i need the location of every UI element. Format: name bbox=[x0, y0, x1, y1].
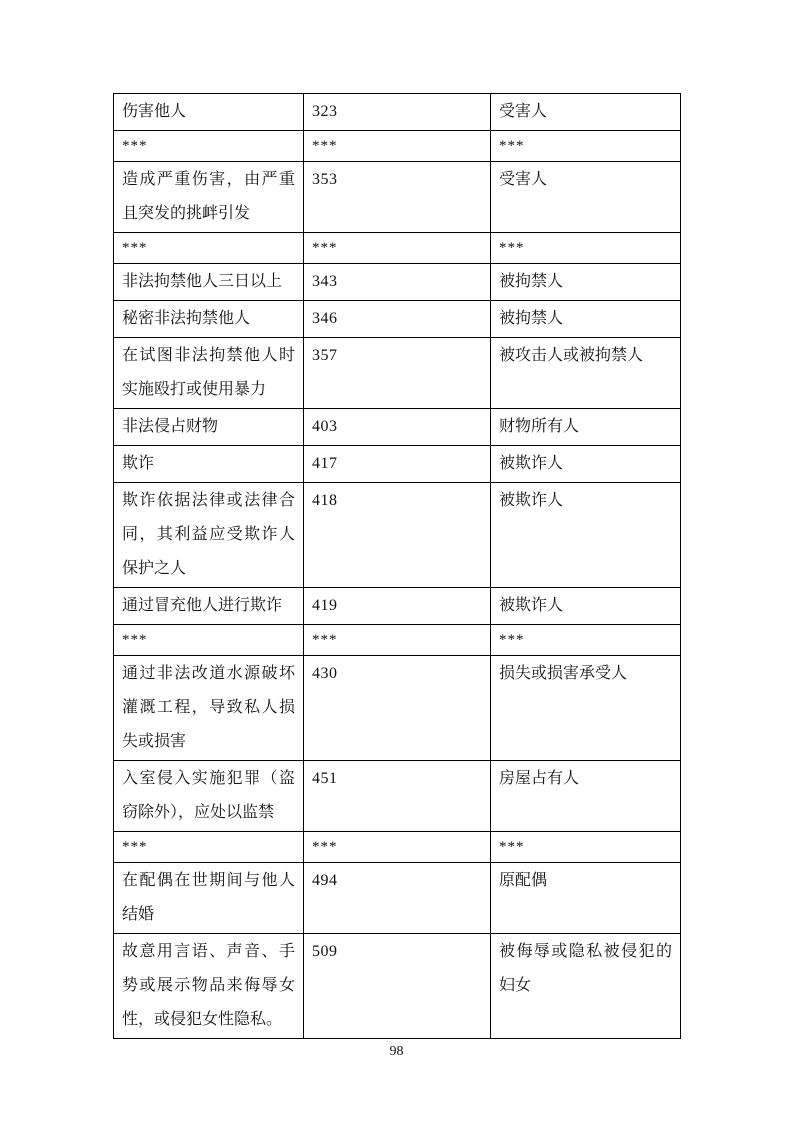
section-number-cell: *** bbox=[304, 131, 491, 162]
offense-description-cell: 造成严重伤害，由严重且突发的挑衅引发 bbox=[114, 162, 304, 233]
table-row: *** *** *** bbox=[114, 832, 681, 863]
section-number-cell: *** bbox=[304, 832, 491, 863]
victim-cell: 被欺诈人 bbox=[491, 588, 681, 625]
table-row: 故意用言语、声音、手势或展示物品来侮辱女性，或侵犯女性隐私。 509 被侮辱或隐… bbox=[114, 934, 681, 1039]
victim-cell: 被欺诈人 bbox=[491, 483, 681, 588]
offense-description-cell: 故意用言语、声音、手势或展示物品来侮辱女性，或侵犯女性隐私。 bbox=[114, 934, 304, 1039]
section-number-cell: 494 bbox=[304, 863, 491, 934]
victim-cell: 财物所有人 bbox=[491, 409, 681, 446]
table-row: 秘密非法拘禁他人 346 被拘禁人 bbox=[114, 301, 681, 338]
victim-cell: 被攻击人或被拘禁人 bbox=[491, 338, 681, 409]
offense-description-cell: 在试图非法拘禁他人时实施殴打或使用暴力 bbox=[114, 338, 304, 409]
victim-cell: 受害人 bbox=[491, 94, 681, 131]
victim-cell: 原配偶 bbox=[491, 863, 681, 934]
table-row: 伤害他人 323 受害人 bbox=[114, 94, 681, 131]
section-number-cell: *** bbox=[304, 625, 491, 656]
table-row: 非法侵占财物 403 财物所有人 bbox=[114, 409, 681, 446]
offense-description-cell: 非法侵占财物 bbox=[114, 409, 304, 446]
offense-description-cell: 通过非法改道水源破坏灌溉工程，导致私人损失或损害 bbox=[114, 656, 304, 761]
table-row: 通过冒充他人进行欺诈 419 被欺诈人 bbox=[114, 588, 681, 625]
table-row: 在配偶在世期间与他人结婚 494 原配偶 bbox=[114, 863, 681, 934]
victim-cell: *** bbox=[491, 233, 681, 264]
table-row: 在试图非法拘禁他人时实施殴打或使用暴力 357 被攻击人或被拘禁人 bbox=[114, 338, 681, 409]
section-number-cell: 417 bbox=[304, 446, 491, 483]
offense-description-cell: 入室侵入实施犯罪（盗窃除外），应处以监禁 bbox=[114, 761, 304, 832]
offense-description-cell: 在配偶在世期间与他人结婚 bbox=[114, 863, 304, 934]
offense-description-cell: *** bbox=[114, 832, 304, 863]
table-row: 通过非法改道水源破坏灌溉工程，导致私人损失或损害 430 损失或损害承受人 bbox=[114, 656, 681, 761]
section-number-cell: 509 bbox=[304, 934, 491, 1039]
victim-cell: 房屋占有人 bbox=[491, 761, 681, 832]
section-number-cell: 430 bbox=[304, 656, 491, 761]
table-row: 非法拘禁他人三日以上 343 被拘禁人 bbox=[114, 264, 681, 301]
victim-cell: 损失或损害承受人 bbox=[491, 656, 681, 761]
table-row: 欺诈 417 被欺诈人 bbox=[114, 446, 681, 483]
offense-table-body: 伤害他人 323 受害人 *** *** *** 造成严重伤害，由严重且突发的挑… bbox=[114, 94, 681, 1039]
section-number-cell: 323 bbox=[304, 94, 491, 131]
table-row: *** *** *** bbox=[114, 625, 681, 656]
victim-cell: 受害人 bbox=[491, 162, 681, 233]
section-number-cell: 353 bbox=[304, 162, 491, 233]
victim-cell: *** bbox=[491, 131, 681, 162]
table-row: *** *** *** bbox=[114, 131, 681, 162]
victim-cell: 被欺诈人 bbox=[491, 446, 681, 483]
victim-cell: 被侮辱或隐私被侵犯的妇女 bbox=[491, 934, 681, 1039]
offense-description-cell: 通过冒充他人进行欺诈 bbox=[114, 588, 304, 625]
victim-cell: 被拘禁人 bbox=[491, 264, 681, 301]
table-row: 造成严重伤害，由严重且突发的挑衅引发 353 受害人 bbox=[114, 162, 681, 233]
section-number-cell: 451 bbox=[304, 761, 491, 832]
offense-description-cell: 欺诈 bbox=[114, 446, 304, 483]
offense-description-cell: 伤害他人 bbox=[114, 94, 304, 131]
offense-description-cell: *** bbox=[114, 625, 304, 656]
victim-cell: *** bbox=[491, 625, 681, 656]
section-number-cell: 357 bbox=[304, 338, 491, 409]
page-number: 98 bbox=[0, 1044, 793, 1060]
offense-table: 伤害他人 323 受害人 *** *** *** 造成严重伤害，由严重且突发的挑… bbox=[113, 93, 681, 1039]
section-number-cell: 343 bbox=[304, 264, 491, 301]
table-row: 入室侵入实施犯罪（盗窃除外），应处以监禁 451 房屋占有人 bbox=[114, 761, 681, 832]
section-number-cell: *** bbox=[304, 233, 491, 264]
document-page: 伤害他人 323 受害人 *** *** *** 造成严重伤害，由严重且突发的挑… bbox=[0, 0, 793, 1122]
section-number-cell: 419 bbox=[304, 588, 491, 625]
table-row: *** *** *** bbox=[114, 233, 681, 264]
offense-description-cell: 非法拘禁他人三日以上 bbox=[114, 264, 304, 301]
offense-description-cell: *** bbox=[114, 233, 304, 264]
offense-description-cell: 欺诈依据法律或法律合同，其利益应受欺诈人保护之人 bbox=[114, 483, 304, 588]
victim-cell: 被拘禁人 bbox=[491, 301, 681, 338]
table-row: 欺诈依据法律或法律合同，其利益应受欺诈人保护之人 418 被欺诈人 bbox=[114, 483, 681, 588]
section-number-cell: 418 bbox=[304, 483, 491, 588]
offense-description-cell: *** bbox=[114, 131, 304, 162]
section-number-cell: 346 bbox=[304, 301, 491, 338]
section-number-cell: 403 bbox=[304, 409, 491, 446]
victim-cell: *** bbox=[491, 832, 681, 863]
offense-description-cell: 秘密非法拘禁他人 bbox=[114, 301, 304, 338]
